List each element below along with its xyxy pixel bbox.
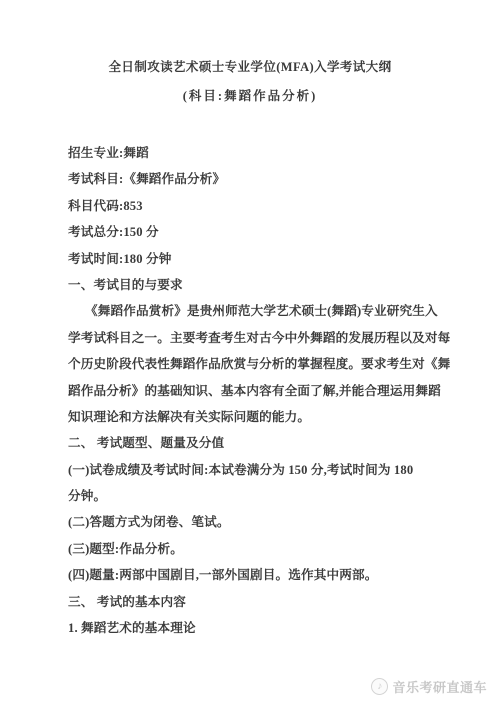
item-line-4: (四)题量:两部中国剧目,一部外国剧目。选作其中两部。 [68, 562, 460, 588]
section-2-heading: 二、 考试题型、题量及分值 [68, 430, 460, 456]
info-line-total-score: 考试总分:150 分 [68, 219, 460, 245]
title-block: 全日制攻读艺术硕士专业学位(MFA)入学考试大纲 (科目:舞蹈作品分析) [0, 60, 500, 104]
item-line-3: (三)题型:作品分析。 [68, 536, 460, 562]
document-body: 招生专业:舞蹈 考试科目:《舞蹈作品分析》 科目代码:853 考试总分:150 … [68, 140, 460, 641]
music-note-icon: ♪ [371, 678, 388, 695]
info-line-major: 招生专业:舞蹈 [68, 140, 460, 166]
document-subtitle: (科目:舞蹈作品分析) [0, 89, 500, 104]
paragraph-line: 蹈作品分析》的基础知识、基本内容有全面了解,并能合理运用舞蹈 [68, 378, 460, 404]
document-page: 全日制攻读艺术硕士专业学位(MFA)入学考试大纲 (科目:舞蹈作品分析) 招生专… [0, 0, 500, 707]
section-1-heading: 一、考试目的与要求 [68, 272, 460, 298]
info-line-subject: 考试科目:《舞蹈作品分析》 [68, 166, 460, 192]
item-line-1: (一)试卷成绩及考试时间:本试卷满分为 150 分,考试时间为 180 [68, 457, 460, 483]
item-line-2: (二)答题方式为闭卷、笔试。 [68, 509, 460, 535]
paragraph-line: 《舞蹈作品赏析》是贵州师范大学艺术硕士(舞蹈)专业研究生入 [68, 298, 460, 324]
paragraph-line: 个历史阶段代表性舞蹈作品欣赏与分析的掌握程度。要求考生对《舞 [68, 351, 460, 377]
paragraph-line: 学考试科目之一。主要考查考生对古今中外舞蹈的发展历程以及对每 [68, 325, 460, 351]
paragraph-line: 知识理论和方法解决有关实际问题的能力。 [68, 404, 460, 430]
brand-watermark: ♪ 音乐考研直通车 [371, 677, 487, 696]
item-line-1-cont: 分钟。 [68, 483, 460, 509]
brand-watermark-text: 音乐考研直通车 [392, 677, 487, 696]
info-line-subject-code: 科目代码:853 [68, 193, 460, 219]
info-line-duration: 考试时间:180 分钟 [68, 246, 460, 272]
list-item-1: 1. 舞蹈艺术的基本理论 [68, 615, 460, 641]
section-3-heading: 三、 考试的基本内容 [68, 589, 460, 615]
document-title: 全日制攻读艺术硕士专业学位(MFA)入学考试大纲 [0, 60, 500, 75]
